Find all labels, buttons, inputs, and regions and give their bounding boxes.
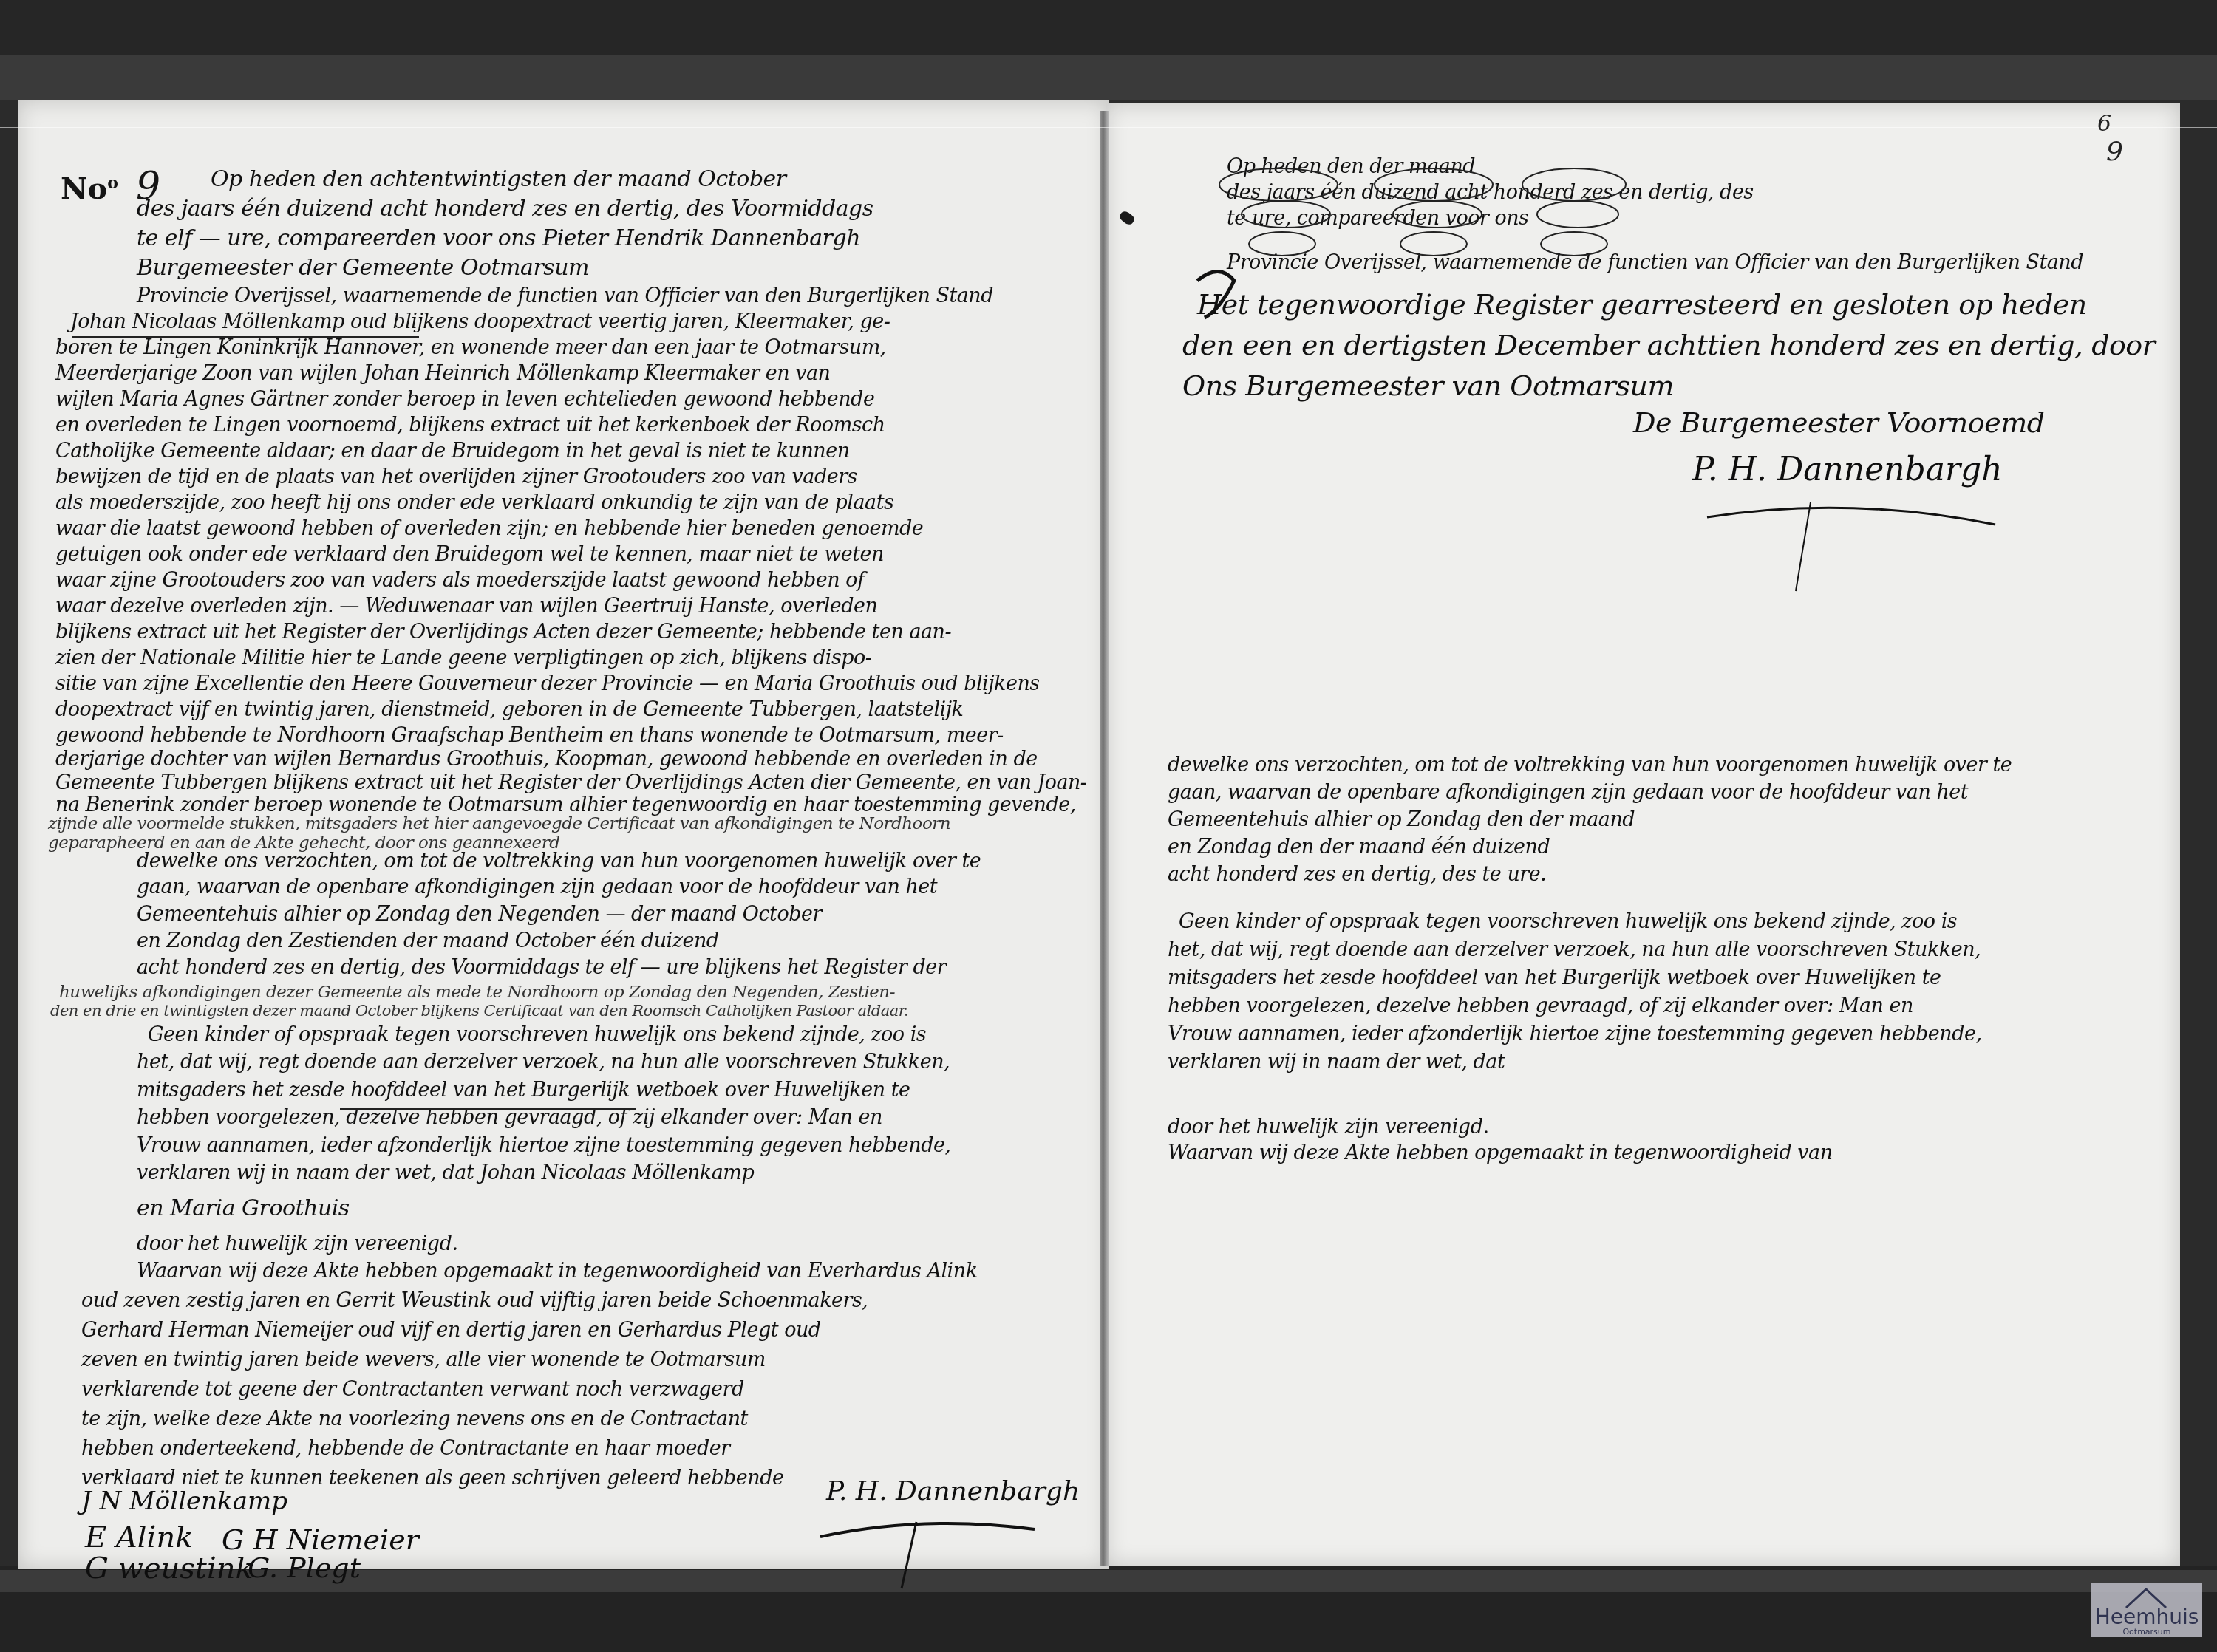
text-line: Vrouw aannamen, ieder afzonderlijk hiert… bbox=[137, 1134, 951, 1157]
text-line: sitie van zijne Excellentie den Heere Go… bbox=[55, 672, 1040, 695]
text-line: Gemeente Tubbergen blijkens extract uit … bbox=[55, 771, 1086, 794]
text-line: zijnde alle voormelde stukken, mitsgader… bbox=[48, 814, 950, 833]
text-line: mitsgaders het zesde hoofddeel van het B… bbox=[137, 1079, 910, 1102]
preprinted-line: Gemeentehuis alhier op Zondag den der ma… bbox=[1168, 808, 1635, 831]
signature-groom: J N Möllenkamp bbox=[81, 1487, 287, 1516]
text-line: en overleden te Lingen voornoemd, blijke… bbox=[55, 414, 885, 437]
text-line: blijkens extract uit het Register der Ov… bbox=[55, 621, 951, 644]
initial-flourish-icon bbox=[1190, 266, 1249, 325]
preprinted-line: verklaren wij in naam der wet, dat bbox=[1168, 1051, 1505, 1074]
text-line: des jaars één duizend acht honderd zes e… bbox=[137, 196, 873, 222]
watermark-subtitle: Ootmarsum bbox=[2091, 1627, 2202, 1636]
book-gutter bbox=[1100, 111, 1108, 1566]
preprinted-line: hebben voorgelezen, dezelve hebben gevra… bbox=[1168, 994, 1913, 1017]
preprinted-line: acht honderd zes en dertig, des te ure. bbox=[1168, 863, 1546, 886]
text-line: te zijn, welke deze Akte na voorlezing n… bbox=[81, 1407, 748, 1430]
text-line: te elf — ure, compareerden voor ons Piet… bbox=[137, 225, 860, 251]
preprinted-line: mitsgaders het zesde hoofddeel van het B… bbox=[1168, 966, 1941, 989]
text-line: huwelijks afkondigingen dezer Gemeente a… bbox=[59, 983, 895, 1002]
text-line: waar zijne Grootouders zoo van vaders al… bbox=[55, 569, 865, 592]
scan-artifact-line bbox=[0, 127, 2217, 128]
text-line: het, dat wij, regt doende aan derzelver … bbox=[137, 1051, 950, 1074]
closing-signature-label: De Burgemeester Voornoemd bbox=[1633, 406, 2045, 439]
signature-flourish-icon bbox=[813, 1507, 1049, 1596]
text-line: Meerderjarige Zoon van wijlen Johan Hein… bbox=[55, 362, 830, 385]
preprinted-line: het, dat wij, regt doende aan derzelver … bbox=[1168, 938, 1981, 961]
text-line: waar dezelve overleden zijn. — Weduwenaa… bbox=[55, 595, 877, 618]
signature-burgemeester-left: P. H. Dannenbargh bbox=[826, 1476, 1080, 1506]
text-line: boren te Lingen Koninkrijk Hannover, en … bbox=[55, 336, 886, 359]
text-line: Op heden den achtentwintigsten der maand… bbox=[211, 166, 786, 192]
watermark-name: Heemhuis bbox=[2091, 1605, 2202, 1629]
groom-name-underline bbox=[72, 336, 419, 338]
preprinted-line: en Zondag den der maand één duizend bbox=[1168, 836, 1550, 859]
heemhuis-watermark: Heemhuis Ootmarsum bbox=[2091, 1583, 2202, 1637]
text-line: bewijzen de tijd en de plaats van het ov… bbox=[55, 465, 857, 488]
preprinted-line: Waarvan wij deze Akte hebben opgemaakt i… bbox=[1168, 1141, 1833, 1164]
text-line: gewoond hebbende te Nordhoorn Graafschap… bbox=[55, 724, 1004, 747]
text-line: waar die laatst gewoond hebben of overle… bbox=[55, 517, 923, 540]
text-line: oud zeven zestig jaren en Gerrit Weustin… bbox=[81, 1289, 868, 1312]
text-line: als moederszijde, zoo heeft hij ons onde… bbox=[55, 491, 893, 514]
scanner-background-top bbox=[0, 0, 2217, 55]
text-line: zien der Nationale Militie hier te Lande… bbox=[55, 646, 871, 669]
closing-line: Ons Burgemeester van Ootmarsum bbox=[1182, 369, 1674, 402]
signature-witness-alink: E Alink bbox=[85, 1520, 193, 1554]
bride-name-underline bbox=[340, 1108, 636, 1110]
text-line: doopextract vijf en twintig jaren, diens… bbox=[55, 698, 963, 721]
preprinted-line: dewelke ons verzochten, om tot de voltre… bbox=[1168, 754, 2012, 776]
text-line: na Benerink zonder beroep wonende te Oot… bbox=[55, 793, 1076, 816]
text-line: Geen kinder of opspraak tegen voorschrev… bbox=[148, 1023, 926, 1046]
book-cover-edge bbox=[0, 55, 2217, 100]
text-line: Gemeentehuis alhier op Zondag den Negend… bbox=[137, 903, 822, 926]
signature-burgemeester-right: P. H. Dannenbargh bbox=[1692, 451, 2003, 488]
text-line: den en drie en twintigsten dezer maand O… bbox=[50, 1002, 908, 1020]
text-line: gaan, waarvan de openbare afkondigingen … bbox=[137, 876, 937, 898]
text-line: Johan Nicolaas Möllenkamp oud blijkens d… bbox=[70, 310, 890, 333]
text-line: dewelke ons verzochten, om tot de voltre… bbox=[137, 850, 981, 873]
signature-witness-plegt: G. Plegt bbox=[248, 1552, 361, 1584]
preprinted-line: door het huwelijk zijn vereenigd. bbox=[1168, 1116, 1489, 1139]
text-line: Waarvan wij deze Akte hebben opgemaakt i… bbox=[137, 1260, 978, 1283]
text-line: Catholijke Gemeente aldaar; en daar de B… bbox=[55, 440, 850, 463]
preprinted-line: gaan, waarvan de openbare afkondigingen … bbox=[1168, 781, 1968, 804]
record-number-label: No bbox=[61, 171, 107, 206]
text-line: Burgemeester der Gemeente Ootmarsum bbox=[137, 255, 589, 281]
text-line: verklaren wij in naam der wet, dat Johan… bbox=[137, 1161, 754, 1184]
text-line: acht honderd zes en dertig, des Voormidd… bbox=[137, 956, 946, 979]
text-line: en Zondag den Zestienden der maand Octob… bbox=[137, 929, 719, 952]
text-line: verklarende tot geene der Contractanten … bbox=[81, 1378, 744, 1401]
preprinted-line: Vrouw aannamen, ieder afzonderlijk hiert… bbox=[1168, 1023, 1982, 1045]
text-line: getuigen ook onder ede verklaard den Bru… bbox=[55, 543, 884, 566]
signature-flourish-icon bbox=[1700, 495, 2010, 598]
folio-number: 6 bbox=[2097, 111, 2111, 137]
text-line: zeven en twintig jaren beide wevers, all… bbox=[81, 1348, 766, 1371]
text-line-bride: en Maria Groothuis bbox=[137, 1195, 350, 1221]
text-line: Provincie Overijssel, waarnemende de fun… bbox=[137, 284, 993, 307]
page-mark: 9 bbox=[2106, 137, 2123, 167]
preprinted-line: Geen kinder of opspraak tegen voorschrev… bbox=[1179, 910, 1957, 933]
text-line: Gerhard Herman Niemeijer oud vijf en der… bbox=[81, 1319, 821, 1342]
signature-witness-weustink: G weustink bbox=[85, 1552, 253, 1586]
text-line: door het huwelijk zijn vereenigd. bbox=[137, 1232, 458, 1255]
text-line: hebben onderteekend, hebbende de Contrac… bbox=[81, 1437, 730, 1460]
text-line: derjarige dochter van wijlen Bernardus G… bbox=[55, 748, 1038, 771]
text-line: wijlen Maria Agnes Gärtner zonder beroep… bbox=[55, 388, 874, 411]
